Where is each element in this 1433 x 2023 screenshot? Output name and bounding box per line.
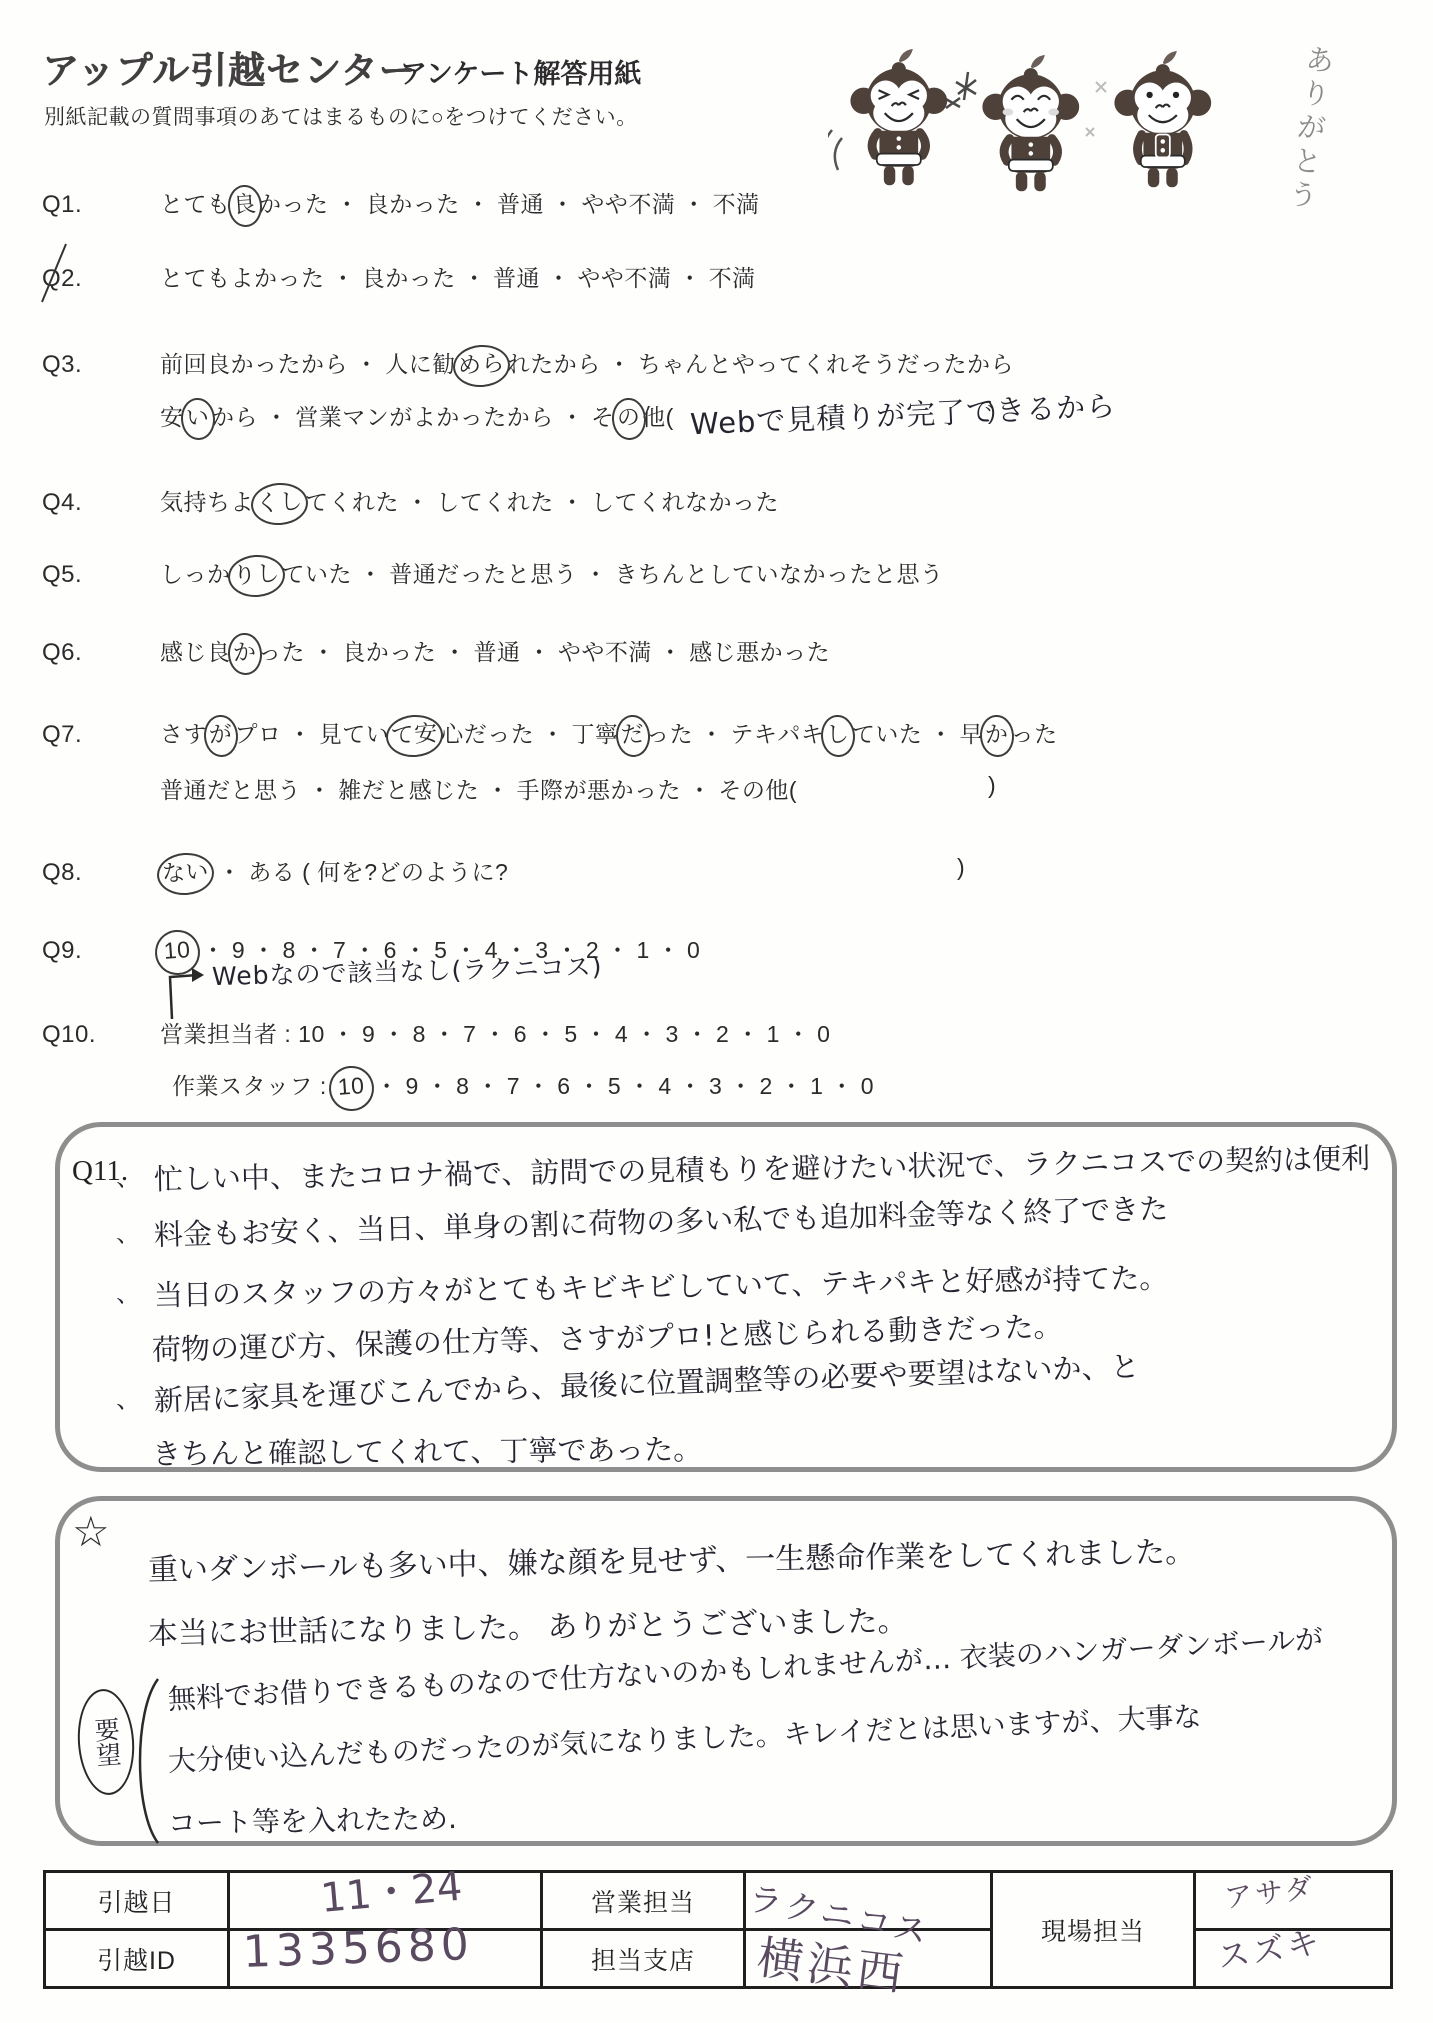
question-row-q1: Q1.とても良かった ・ 良かった ・ 普通 ・ やや不満 ・ 不満 <box>42 186 760 219</box>
q11-line3-text: 当日のスタッフの方々がとてもキビキビしていて、テキパキと好感が持てた。 <box>154 1261 1169 1313</box>
star-comment-box: ☆ 重いダンボールも多い中、嫌な顔を見せず、一生懸命作業をしてくれました。 本当… <box>55 1496 1397 1846</box>
q11-line6-text: きちんと確認してくれて、丁寧であった。 <box>152 1432 702 1471</box>
form-title: アンケート解答用紙 <box>400 52 641 91</box>
circle-mark-q7b: て安 <box>385 713 445 759</box>
moving-date-label: 引越日 <box>45 1872 229 1930</box>
q5-text-post: ていた ・ 普通だったと思う ・ きちんとしていなかったと思う <box>282 561 944 587</box>
q3-close-paren: ) <box>988 398 996 425</box>
q9-label: Q9. <box>42 937 160 965</box>
q4-label: Q4. <box>42 489 160 517</box>
q10-line2: 作業スタッフ : 10 ・ 9 ・ 8 ・ 7 ・ 6 ・ 5 ・ 4 ・ 3 … <box>172 1068 874 1101</box>
question-row-q10: Q10.営業担当者 : 10 ・ 9 ・ 8 ・ 7 ・ 6 ・ 5 ・ 4 ・… <box>42 1016 830 1049</box>
q10-line2-pre: 作業スタッフ : <box>172 1073 334 1099</box>
q5-label: Q5. <box>42 561 160 589</box>
q10-line1-text: 営業担当者 : 10 ・ 9 ・ 8 ・ 7 ・ 6 ・ 5 ・ 4 ・ 3 ・… <box>160 1021 830 1047</box>
q11-line2-text: 料金もお安く、当日、単身の割に荷物の多い私でも追加料金等なく終了できた <box>154 1191 1169 1252</box>
circle-mark-q7d: し <box>820 714 856 758</box>
q4-text-pre: 気持ちよ <box>160 489 254 515</box>
moving-id-label: 引越ID <box>45 1930 229 1988</box>
q7-s1: プロ ・ 見てい <box>235 721 390 747</box>
question-row-q6: Q6.感じ良かった ・ 良かった ・ 普通 ・ やや不満 ・ 感じ悪かった <box>42 634 830 667</box>
question-row-q3: Q3.前回良かったから ・ 人に勧められたから ・ ちゃんとやってくれそうだった… <box>42 346 1014 379</box>
circle-mark-q8: ない <box>156 851 216 897</box>
q7-s2: 心だった ・ 丁寧 <box>440 721 618 747</box>
monkey-icon-2 <box>982 55 1079 191</box>
monkey-mascots-illustration <box>828 42 1298 217</box>
moving-date-value-cell: 11・24 <box>229 1872 542 1930</box>
motion-lines-icon <box>828 130 842 172</box>
request-line: コート等を入れたため. <box>168 1802 457 1841</box>
instruction-text: 別紙記載の質問事項のあてはまるものに○をつけてください。 <box>44 101 638 131</box>
circle-mark-q7a: が <box>203 714 239 758</box>
footer-info-table: 引越日 11・24 営業担当 ラクニコス 現場担当 アサダ 引越ID 13356… <box>43 1870 1393 1989</box>
q5-text-pre: しっか <box>160 561 231 587</box>
q7-s3: った ・ テキパキ <box>646 721 824 747</box>
table-row: 引越日 11・24 営業担当 ラクニコス 現場担当 アサダ <box>45 1872 1392 1930</box>
q7-s0: さす <box>160 721 207 747</box>
question-row-q2: Q2.とてもよかった ・ 良かった ・ 普通 ・ やや不満 ・ 不満 <box>42 260 756 293</box>
q11-comment-box: Q11. 、忙しい中、またコロナ禍で、訪問での見積もりを避けたい状況で、ラクニコ… <box>55 1122 1397 1472</box>
q1-text-post: かった ・ 良かった ・ 普通 ・ やや不満 ・ 不満 <box>258 191 760 217</box>
strike-mark-q2 <box>36 238 78 310</box>
q1-label: Q1. <box>42 191 160 219</box>
branch-label: 担当支店 <box>542 1930 745 1988</box>
q3-other-handwriting: Webで見積りが完了できるから <box>689 389 1116 442</box>
q4-text: 気持ちよくしてくれた ・ してくれた ・ してくれなかった <box>160 489 779 515</box>
moving-id-value-cell: 1335680 <box>229 1930 542 1988</box>
question-row-q4: Q4.気持ちよくしてくれた ・ してくれた ・ してくれなかった <box>42 484 779 517</box>
circle-mark-q7c: だ <box>614 714 650 758</box>
q10-line2-post: ・ 9 ・ 8 ・ 7 ・ 6 ・ 5 ・ 4 ・ 3 ・ 2 ・ 1 ・ 0 <box>368 1073 874 1099</box>
q6-text: 感じ良かった ・ 良かった ・ 普通 ・ やや不満 ・ 感じ悪かった <box>160 639 830 665</box>
q7-line2: 普通だと思う ・ 雑だと感じた ・ 手際が悪かった ・ その他( ) <box>160 772 797 805</box>
q3-line2: 安いから ・ 営業マンがよかったから ・ その他(Webで見積りが完了できるから… <box>160 398 1116 433</box>
field-staff-label: 現場担当 <box>992 1872 1195 1988</box>
q6-label: Q6. <box>42 639 160 667</box>
q3-line1: 前回良かったから ・ 人に勧められたから ・ ちゃんとやってくれそうだったから <box>160 351 1014 377</box>
q11-line1-text: 忙しい中、またコロナ禍で、訪問での見積もりを避けたい状況で、ラクニコスでの契約は… <box>154 1141 1371 1196</box>
q3-line2-s1: から ・ 営業マンがよかったから ・ そ <box>211 404 615 430</box>
branch-value-cell: 横浜西 <box>745 1930 992 1988</box>
q7-close-paren: ) <box>988 772 996 799</box>
q7-line1: さすがプロ ・ 見ていて安心だった ・ 丁寧だった ・ テキパキしていた ・ 早… <box>160 721 1058 747</box>
question-row-q5: Q5.しっかりしていた ・ 普通だったと思う ・ きちんとしていなかったと思う <box>42 556 944 589</box>
q6-text-post: った ・ 良かった ・ 普通 ・ やや不満 ・ 感じ悪かった <box>258 639 830 665</box>
moving-date-handwriting: 11・24 <box>318 1855 464 1924</box>
q8-label: Q8. <box>42 859 160 887</box>
q5-text: しっかりしていた ・ 普通だったと思う ・ きちんとしていなかったと思う <box>160 561 944 587</box>
q7-s5: った <box>1011 721 1058 747</box>
circle-mark-q5: りし <box>226 553 286 599</box>
q11-comment-line: 、当日のスタッフの方々がとてもキビキビしていて、テキパキと好感が持てた。 <box>116 1261 1169 1314</box>
q11-comment-line: きちんと確認してくれて、丁寧であった。 <box>152 1432 702 1472</box>
q1-text-pre: とても <box>160 191 231 217</box>
circle-mark-q1: 良 <box>226 184 262 228</box>
star-box-line: 重いダンボールも多い中、嫌な顔を見せず、一生懸命作業をしてくれました。 <box>148 1535 1196 1589</box>
circle-mark-q10: 10 <box>327 1064 375 1112</box>
q3-line2-s2: 他( <box>642 404 674 430</box>
circle-mark-q3a: めら <box>451 343 511 389</box>
circle-mark-q4: くし <box>250 481 310 527</box>
sparkle-icon <box>944 72 976 108</box>
q7-label: Q7. <box>42 721 160 749</box>
q1-text: とても良かった ・ 良かった ・ 普通 ・ やや不満 ・ 不満 <box>160 191 760 217</box>
survey-sheet: アップル引越センター アンケート解答用紙 別紙記載の質問事項のあてはまるものに○… <box>0 0 1433 2023</box>
q4-text-post: てくれた ・ してくれた ・ してくれなかった <box>305 489 779 515</box>
q8-text-post: ・ ある ( 何を?どのように? <box>211 859 508 885</box>
bullet-mark: 、 <box>116 1219 141 1248</box>
q3-line1-post: れたから ・ ちゃんとやってくれそうだったから <box>507 351 1014 377</box>
monkey-icon-1 <box>850 49 947 185</box>
field-staff-1-handwriting: アサダ <box>1222 1866 1318 1917</box>
q3-line1-pre: 前回良かったから ・ 人に勧 <box>160 351 456 377</box>
q8-text: ない ・ ある ( 何を?どのように? <box>160 859 508 885</box>
monkey-icons <box>828 42 1298 217</box>
q11-comment-line: 、料金もお安く、当日、単身の割に荷物の多い私でも追加料金等なく終了できた <box>116 1191 1169 1253</box>
request-line: 大分使い込んだものだったのが気になりました。キレイだとは思いますが、大事な <box>167 1700 1202 1779</box>
circle-mark-q7e: か <box>979 714 1015 758</box>
q7-s4: ていた ・ 早 <box>852 721 983 747</box>
moving-id-handwriting: 1335680 <box>242 1919 475 1978</box>
sales-rep-label: 営業担当 <box>542 1872 745 1930</box>
brand-title: アップル引越センター <box>42 40 416 94</box>
field-staff-2-cell: スズキ <box>1195 1930 1392 1988</box>
bullet-mark: 、 <box>115 1385 140 1415</box>
bullet-mark: 、 <box>116 1280 140 1309</box>
circle-mark-q3b: い <box>179 397 215 441</box>
q11-comment-line: 、忙しい中、またコロナ禍で、訪問での見積もりを避けたい状況で、ラクニコスでの契約… <box>116 1141 1371 1198</box>
circle-mark-q3c: の <box>610 397 646 441</box>
star-box-line: 本当にお世話になりました。 ありがとうございました。 <box>148 1604 908 1653</box>
q2-text: とてもよかった ・ 良かった ・ 普通 ・ やや不満 ・ 不満 <box>160 265 756 291</box>
q10-label: Q10. <box>42 1021 160 1049</box>
note-arrow-icon <box>160 955 215 1025</box>
sparkle-faint-icon <box>1086 82 1106 136</box>
branch-handwriting: 横浜西 <box>754 1921 911 2005</box>
q7-line2-text: 普通だと思う ・ 雑だと感じた ・ 手際が悪かった ・ その他( <box>160 777 797 803</box>
question-row-q8: Q8.ない ・ ある ( 何を?どのように? ) <box>42 854 508 887</box>
circle-mark-q6: か <box>226 632 262 676</box>
star-icon: ☆ <box>72 1507 110 1556</box>
q6-text-pre: 感じ良 <box>160 639 231 665</box>
monkey-icon-3 <box>1114 51 1211 187</box>
bullet-mark: 、 <box>116 1164 140 1193</box>
request-brace-icon <box>126 1677 164 1845</box>
q3-label: Q3. <box>42 351 160 379</box>
q8-close-paren: ) <box>957 854 965 881</box>
question-row-q7: Q7.さすがプロ ・ 見ていて安心だった ・ 丁寧だった ・ テキパキしていた … <box>42 716 1058 749</box>
sales-rep-value-cell: ラクニコス <box>745 1872 992 1930</box>
